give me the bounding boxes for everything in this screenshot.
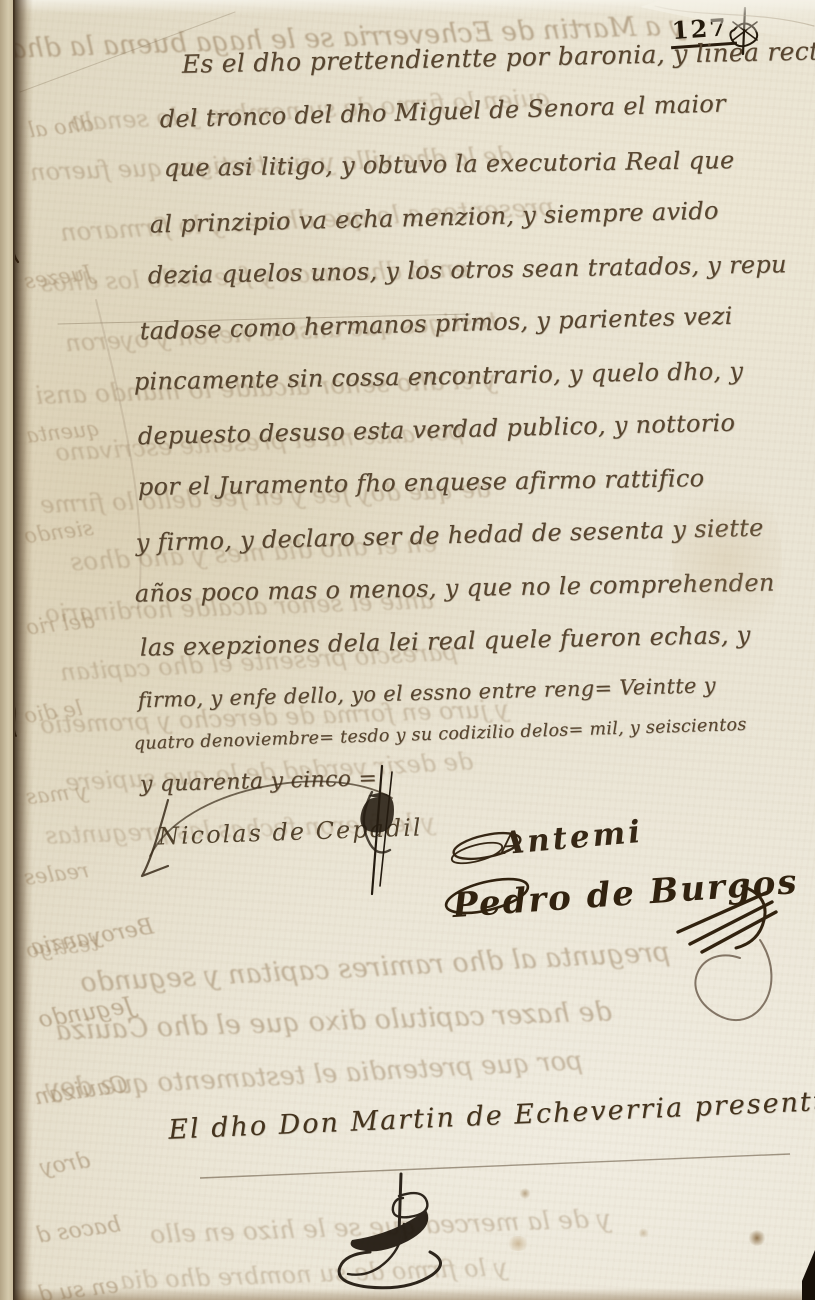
bleedthrough-margin-word: Beroyanzia: [29, 914, 156, 960]
bleedthrough-margin-word: testigo: [25, 931, 100, 962]
bleedthrough-margin-word: del rio: [25, 608, 96, 639]
paper: y a Martin de Echeverria se le haga buen…: [0, 0, 815, 1300]
bleedthrough-line: pregunta al dho ramires capitan y segund…: [80, 937, 671, 999]
bleedthrough-margin-word: siendo: [23, 516, 95, 548]
stain: [506, 1236, 530, 1251]
bleedthrough-margin-word: droy: [38, 1148, 92, 1181]
manuscript-text-block: Es el dho prettendientte por baronia, y …: [120, 44, 792, 804]
bleedthrough-line: de hazer capitulo dixo que el dho Cauiza: [55, 996, 613, 1046]
binding-gutter-shadow: [13, 0, 33, 1300]
bleedthrough-margin-word: quenta: [25, 416, 101, 448]
bleedthrough-margin-word: Cauizan: [33, 1072, 130, 1111]
bleedthrough-line: y de la merced que se le hizo en ello: [150, 1204, 612, 1249]
bottom-rubric-icon: [339, 1174, 440, 1288]
bleedthrough-margin-word: dho al: [27, 112, 95, 143]
addendum-line: El dho Don Martin de Echeverria presentt…: [168, 1085, 815, 1145]
ante-mi-flourish: [450, 828, 523, 867]
stain: [748, 1230, 766, 1246]
addendum-rule: [200, 1154, 790, 1178]
bleedthrough-margin-word: Jegundo: [37, 993, 136, 1034]
bottom-right-corner-notch: [802, 1250, 815, 1300]
bleedthrough-line: por que pretendia el testamento que doy: [45, 1046, 584, 1104]
notary-rubric-icon: [443, 872, 776, 1020]
bleedthrough-margin-word: y mas: [25, 779, 89, 809]
witness-signature: Nicolas de Cepadil: [158, 813, 423, 850]
bleedthrough-line: y le fueron fechas las preguntas: [45, 808, 436, 850]
bleedthrough-margin-word: Juezes: [23, 260, 94, 293]
stain: [519, 1188, 531, 1199]
bleedthrough-margin-word: bacos d: [35, 1212, 123, 1249]
manuscript-scan: y a Martin de Echeverria se le haga buen…: [0, 0, 815, 1300]
bottom-edge-shadow: [0, 1288, 815, 1300]
stain: [638, 1228, 649, 1238]
notary-signature: Pedro de Burgos: [451, 862, 800, 926]
ante-mi-signature: Antemi: [499, 814, 645, 862]
